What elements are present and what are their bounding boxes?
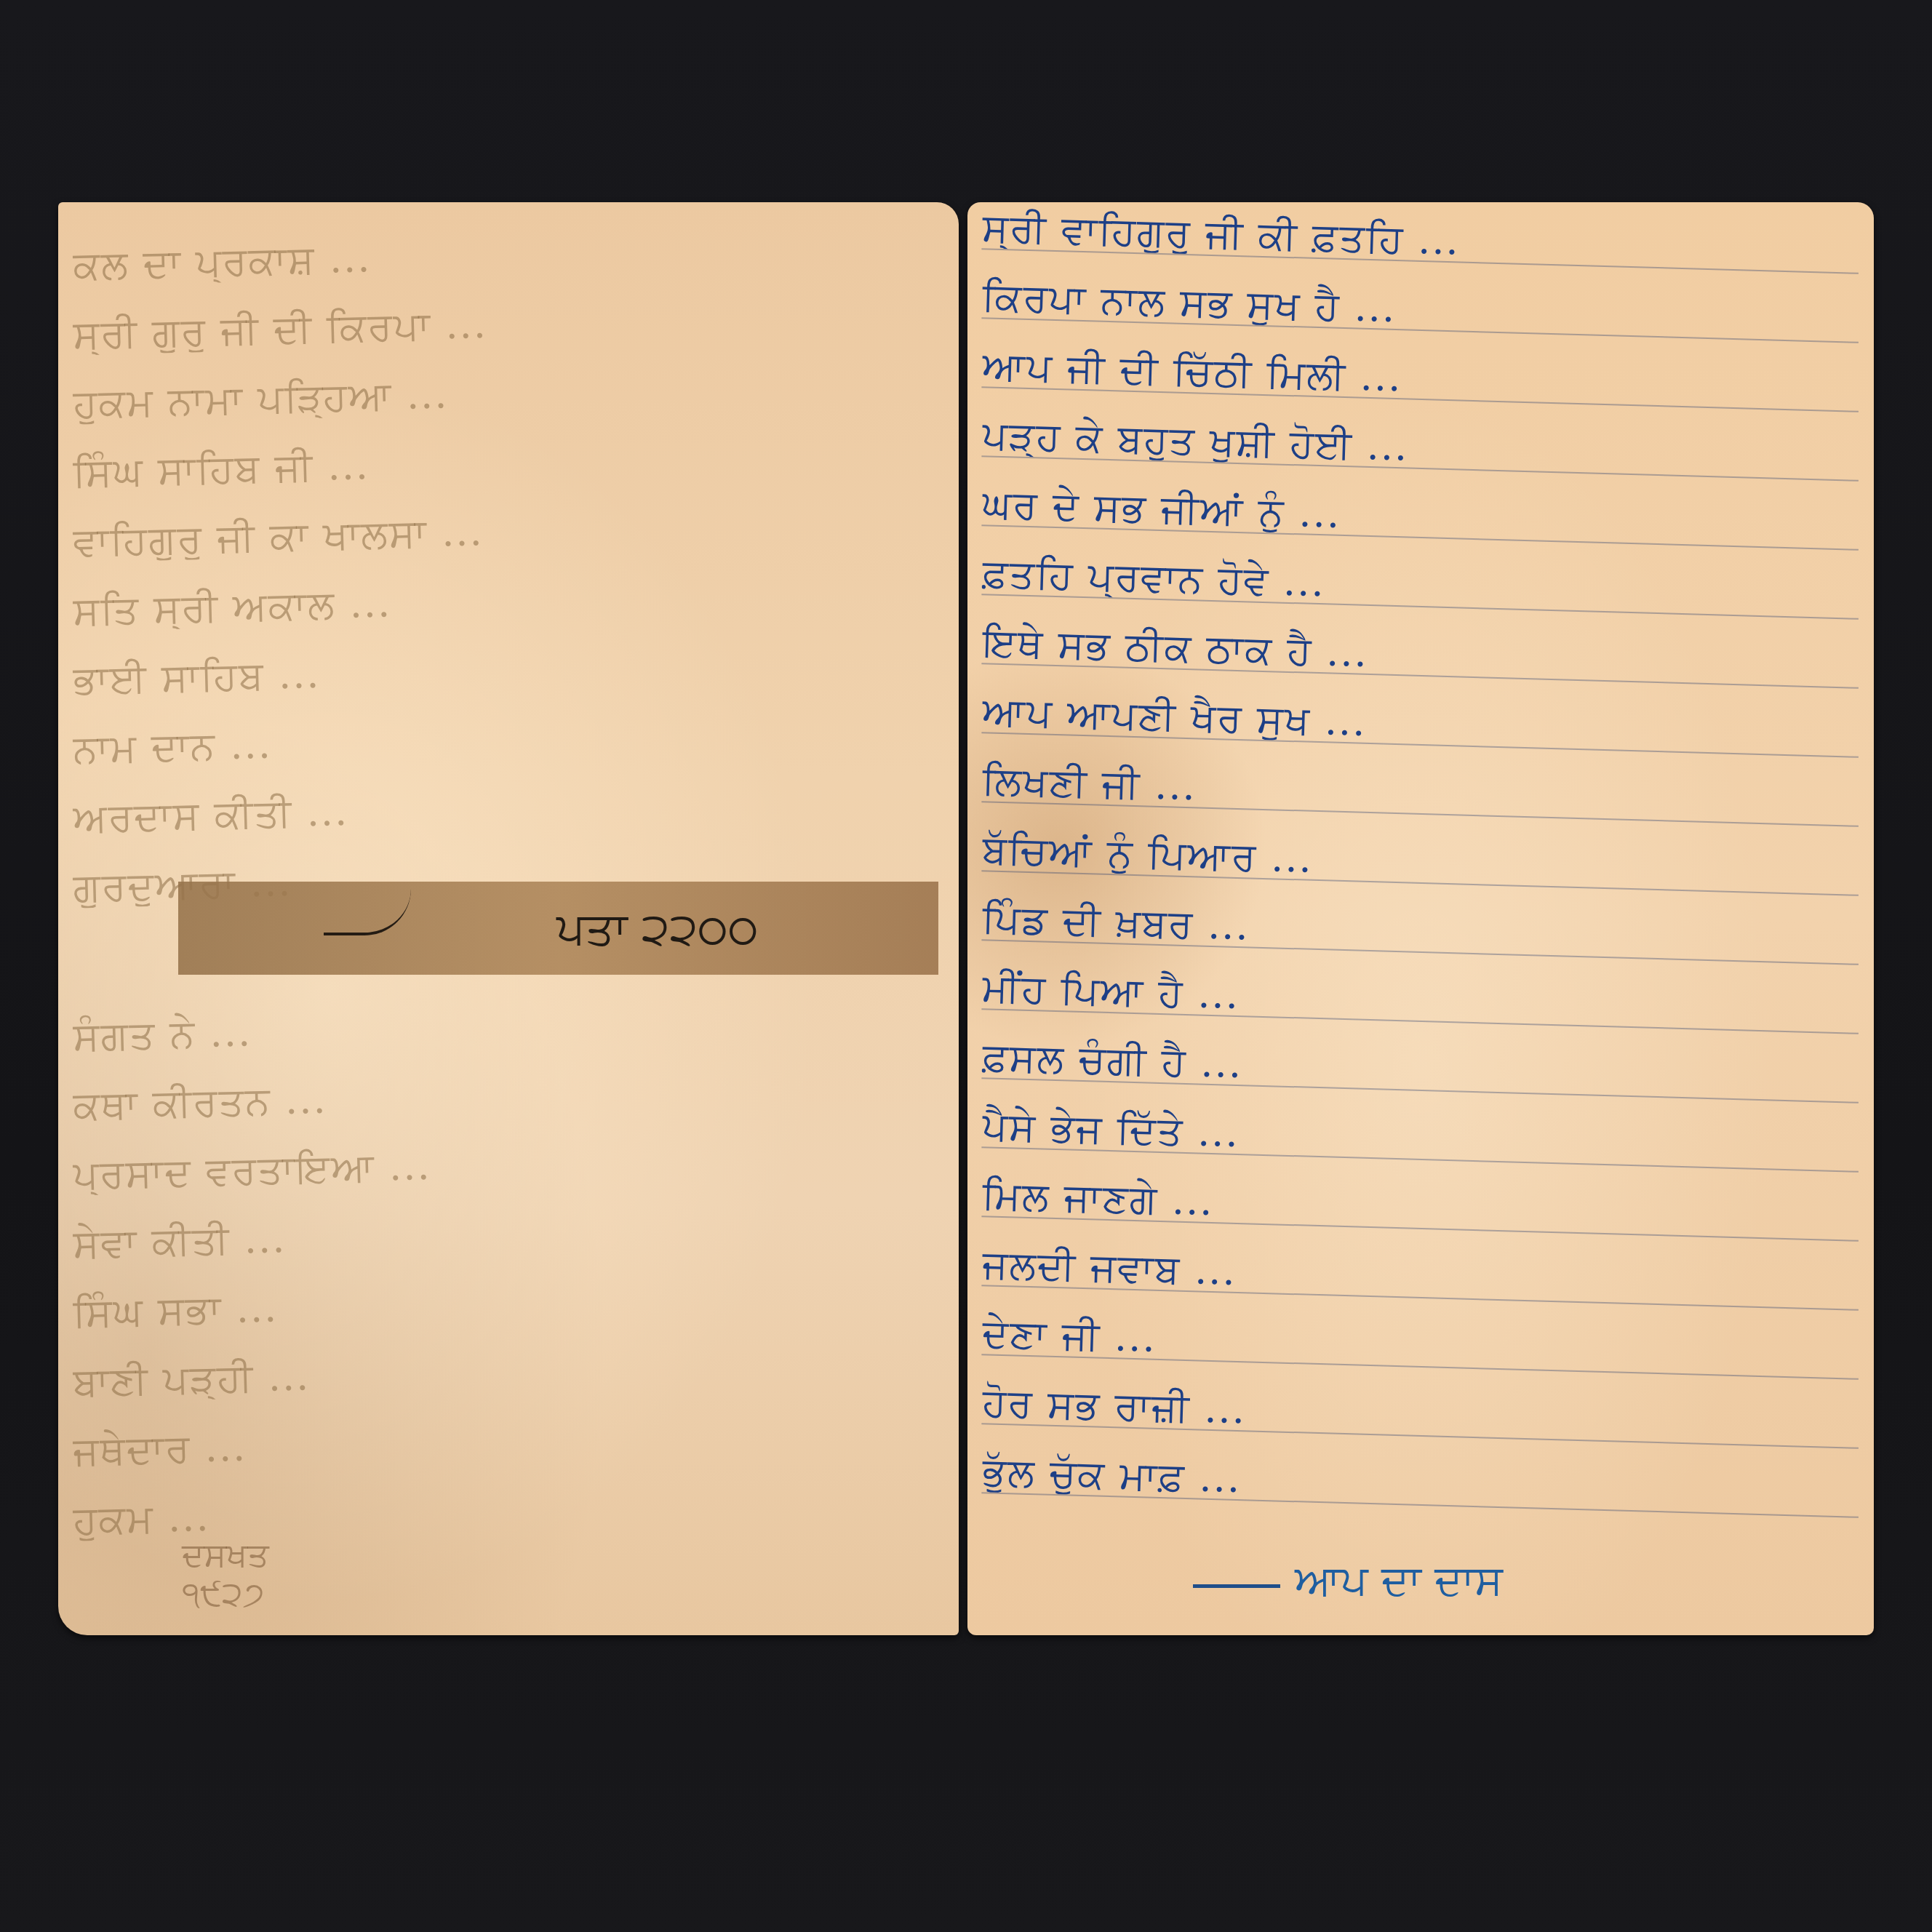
text-line: ਅਰਦਾਸ ਕੀਤੀ ... xyxy=(72,773,944,839)
text-line: ਹੁਕਮ ... xyxy=(72,1474,944,1541)
text-line: ਦੇਣਾ ਜੀ ... xyxy=(981,1310,1859,1380)
text-line: ਮੀਂਹ ਪਿਆ ਹੈ ... xyxy=(981,965,1859,1034)
text-line: ਸਿੰਘ ਸਾਹਿਬ ਜੀ ... xyxy=(72,427,944,493)
text-line: ਫ਼ਤਹਿ ਪ੍ਰਵਾਨ ਹੋਵੇ ... xyxy=(981,550,1859,620)
text-line: ਸੰਗਤ ਨੇ ... xyxy=(72,991,944,1057)
text-line: ਇਥੇ ਸਭ ਠੀਕ ਠਾਕ ਹੈ ... xyxy=(981,619,1859,689)
signature: ਆਪ ਦਾ ਦਾਸ xyxy=(1193,1555,1557,1613)
signature-text: ਆਪ ਦਾ ਦਾਸ xyxy=(1295,1555,1503,1605)
text-line: ਸਤਿ ਸ੍ਰੀ ਅਕਾਲ ... xyxy=(72,565,944,631)
text-line: ਬੱਚਿਆਂ ਨੂੰ ਪਿਆਰ ... xyxy=(981,826,1859,896)
text-line: ਆਪ ਜੀ ਦੀ ਚਿੱਠੀ ਮਿਲੀ ... xyxy=(981,343,1859,412)
signature-dash xyxy=(1193,1584,1280,1588)
text-line: ਸ੍ਰੀ ਗੁਰੂ ਜੀ ਦੀ ਕਿਰਪਾ ... xyxy=(72,289,944,355)
text-line: ਭੁੱਲ ਚੁੱਕ ਮਾਫ਼ ... xyxy=(981,1448,1859,1518)
text-line: ਮਿਲ ਜਾਣਗੇ ... xyxy=(981,1172,1859,1242)
note-line: ਦਸਖਤ xyxy=(182,1535,269,1574)
text-line: ਪ੍ਰਸਾਦ ਵਰਤਾਇਆ ... xyxy=(72,1129,944,1195)
paper-tape-strip: ਪਤਾ ੨੨੦੦ xyxy=(178,882,938,975)
text-line: ਜਥੇਦਾਰ ... xyxy=(72,1405,944,1472)
text-line: ਸਿੰਘ ਸਭਾ ... xyxy=(72,1267,944,1333)
ink-stroke xyxy=(324,889,411,935)
text-line: ਘਰ ਦੇ ਸਭ ਜੀਆਂ ਨੂੰ ... xyxy=(981,481,1859,551)
text-line: ਨਾਮ ਦਾਨ ... xyxy=(72,703,944,770)
text-line: ਕਲ ਦਾ ਪ੍ਰਕਾਸ਼ ... xyxy=(72,220,944,286)
text-line: ਫ਼ਸਲ ਚੰਗੀ ਹੈ ... xyxy=(981,1034,1859,1103)
text-line: ਪੈਸੇ ਭੇਜ ਦਿੱਤੇ ... xyxy=(981,1103,1859,1173)
bottom-notes: ਦਸਖਤ ੧੯੨੭ xyxy=(182,1535,269,1613)
text-line: ਭਾਈ ਸਾਹਿਬ ... xyxy=(72,634,944,700)
text-line: ਸੇਵਾ ਕੀਤੀ ... xyxy=(72,1198,944,1264)
text-line: ਬਾਣੀ ਪੜ੍ਹੀ ... xyxy=(72,1336,944,1402)
text-line: ਲਿਖਣੀ ਜੀ ... xyxy=(981,757,1859,827)
text-line: ਪੜ੍ਹ ਕੇ ਬਹੁਤ ਖੁਸ਼ੀ ਹੋਈ ... xyxy=(981,412,1859,482)
text-line: ਕਥਾ ਕੀਰਤਨ ... xyxy=(72,1060,944,1126)
text-line: ਪਿੰਡ ਦੀ ਖ਼ਬਰ ... xyxy=(981,895,1859,965)
text-line: ਹੁਕਮ ਨਾਮਾ ਪੜ੍ਹਿਆ ... xyxy=(72,358,944,424)
text-line: ਵਾਹਿਗੁਰੂ ਜੀ ਕਾ ਖਾਲਸਾ ... xyxy=(72,496,944,562)
text-line: ਜਲਦੀ ਜਵਾਬ ... xyxy=(981,1241,1859,1311)
right-manuscript-page: ਸ੍ਰੀ ਵਾਹਿਗੁਰੂ ਜੀ ਕੀ ਫ਼ਤਹਿ ... ਕਿਰਪਾ ਨਾਲ … xyxy=(967,202,1874,1635)
text-line: ਆਪ ਆਪਣੀ ਖੈਰ ਸੁਖ ... xyxy=(981,688,1859,758)
note-line: ੧੯੨੭ xyxy=(182,1574,269,1613)
text-line: ਸ੍ਰੀ ਵਾਹਿਗੁਰੂ ਜੀ ਕੀ ਫ਼ਤਹਿ ... xyxy=(981,204,1859,274)
text-line: ਕਿਰਪਾ ਨਾਲ ਸਭ ਸੁਖ ਹੈ ... xyxy=(981,274,1859,343)
tape-label: ਪਤਾ ੨੨੦੦ xyxy=(556,902,759,956)
text-line: ਹੋਰ ਸਭ ਰਾਜ਼ੀ ... xyxy=(981,1379,1859,1449)
